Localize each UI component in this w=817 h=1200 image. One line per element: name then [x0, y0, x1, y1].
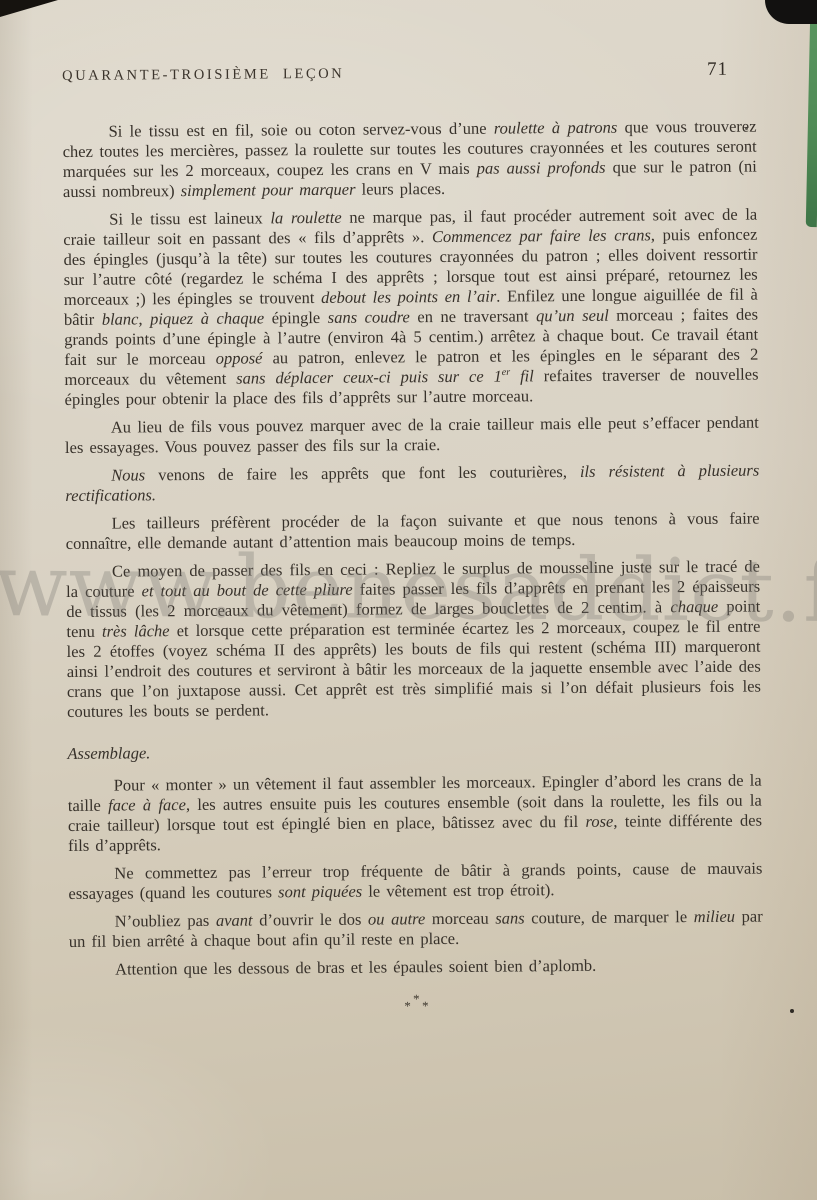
paper-speck	[745, 127, 748, 130]
green-background-edge	[806, 12, 817, 227]
page-number: 71	[707, 59, 728, 81]
background-corner-top-right	[765, 0, 817, 24]
paragraph: Si le tissu est en fil, soie ou coton se…	[62, 117, 757, 202]
paragraph: Nous venons de faire les apprêts que fon…	[65, 461, 759, 506]
paragraph: Les tailleurs préfèrent procéder de la f…	[66, 509, 760, 554]
book-page-photo: QUARANTE-TROISIÈME LEÇON 71 Si le tissu …	[0, 0, 817, 1200]
paper-speck	[790, 1009, 794, 1013]
paragraph: Pour « monter » un vêtement il faut asse…	[68, 771, 763, 856]
paragraph: N’oubliez pas avant d’ouvrir le dos ou a…	[69, 907, 763, 952]
body-text: Si le tissu est en fil, soie ou coton se…	[62, 117, 763, 980]
paragraph: Attention que les dessous de bras et les…	[69, 955, 763, 980]
page-header: QUARANTE-TROISIÈME LEÇON 71	[62, 59, 756, 86]
background-corner-top-left	[0, 0, 58, 17]
paragraph: Au lieu de fils vous pouvez marquer avec…	[65, 413, 759, 458]
paragraph: Si le tissu est laineux la roulette ne m…	[63, 205, 759, 410]
paragraph: Ne commettez pas l’erreur trop fréquente…	[68, 859, 762, 904]
paragraph: Ce moyen de passer des fils en ceci : Re…	[66, 557, 761, 722]
section-heading: Assemblage.	[67, 739, 761, 764]
asterisk-pair: * *	[400, 998, 432, 1014]
lesson-title: QUARANTE-TROISIÈME LEÇON	[62, 66, 344, 85]
asterisk-icon: *	[418, 998, 433, 1013]
page-content: QUARANTE-TROISIÈME LEÇON 71 Si le tissu …	[62, 59, 763, 1017]
asterisk-icon: *	[400, 998, 415, 1013]
asterism: * * *	[69, 989, 763, 1017]
